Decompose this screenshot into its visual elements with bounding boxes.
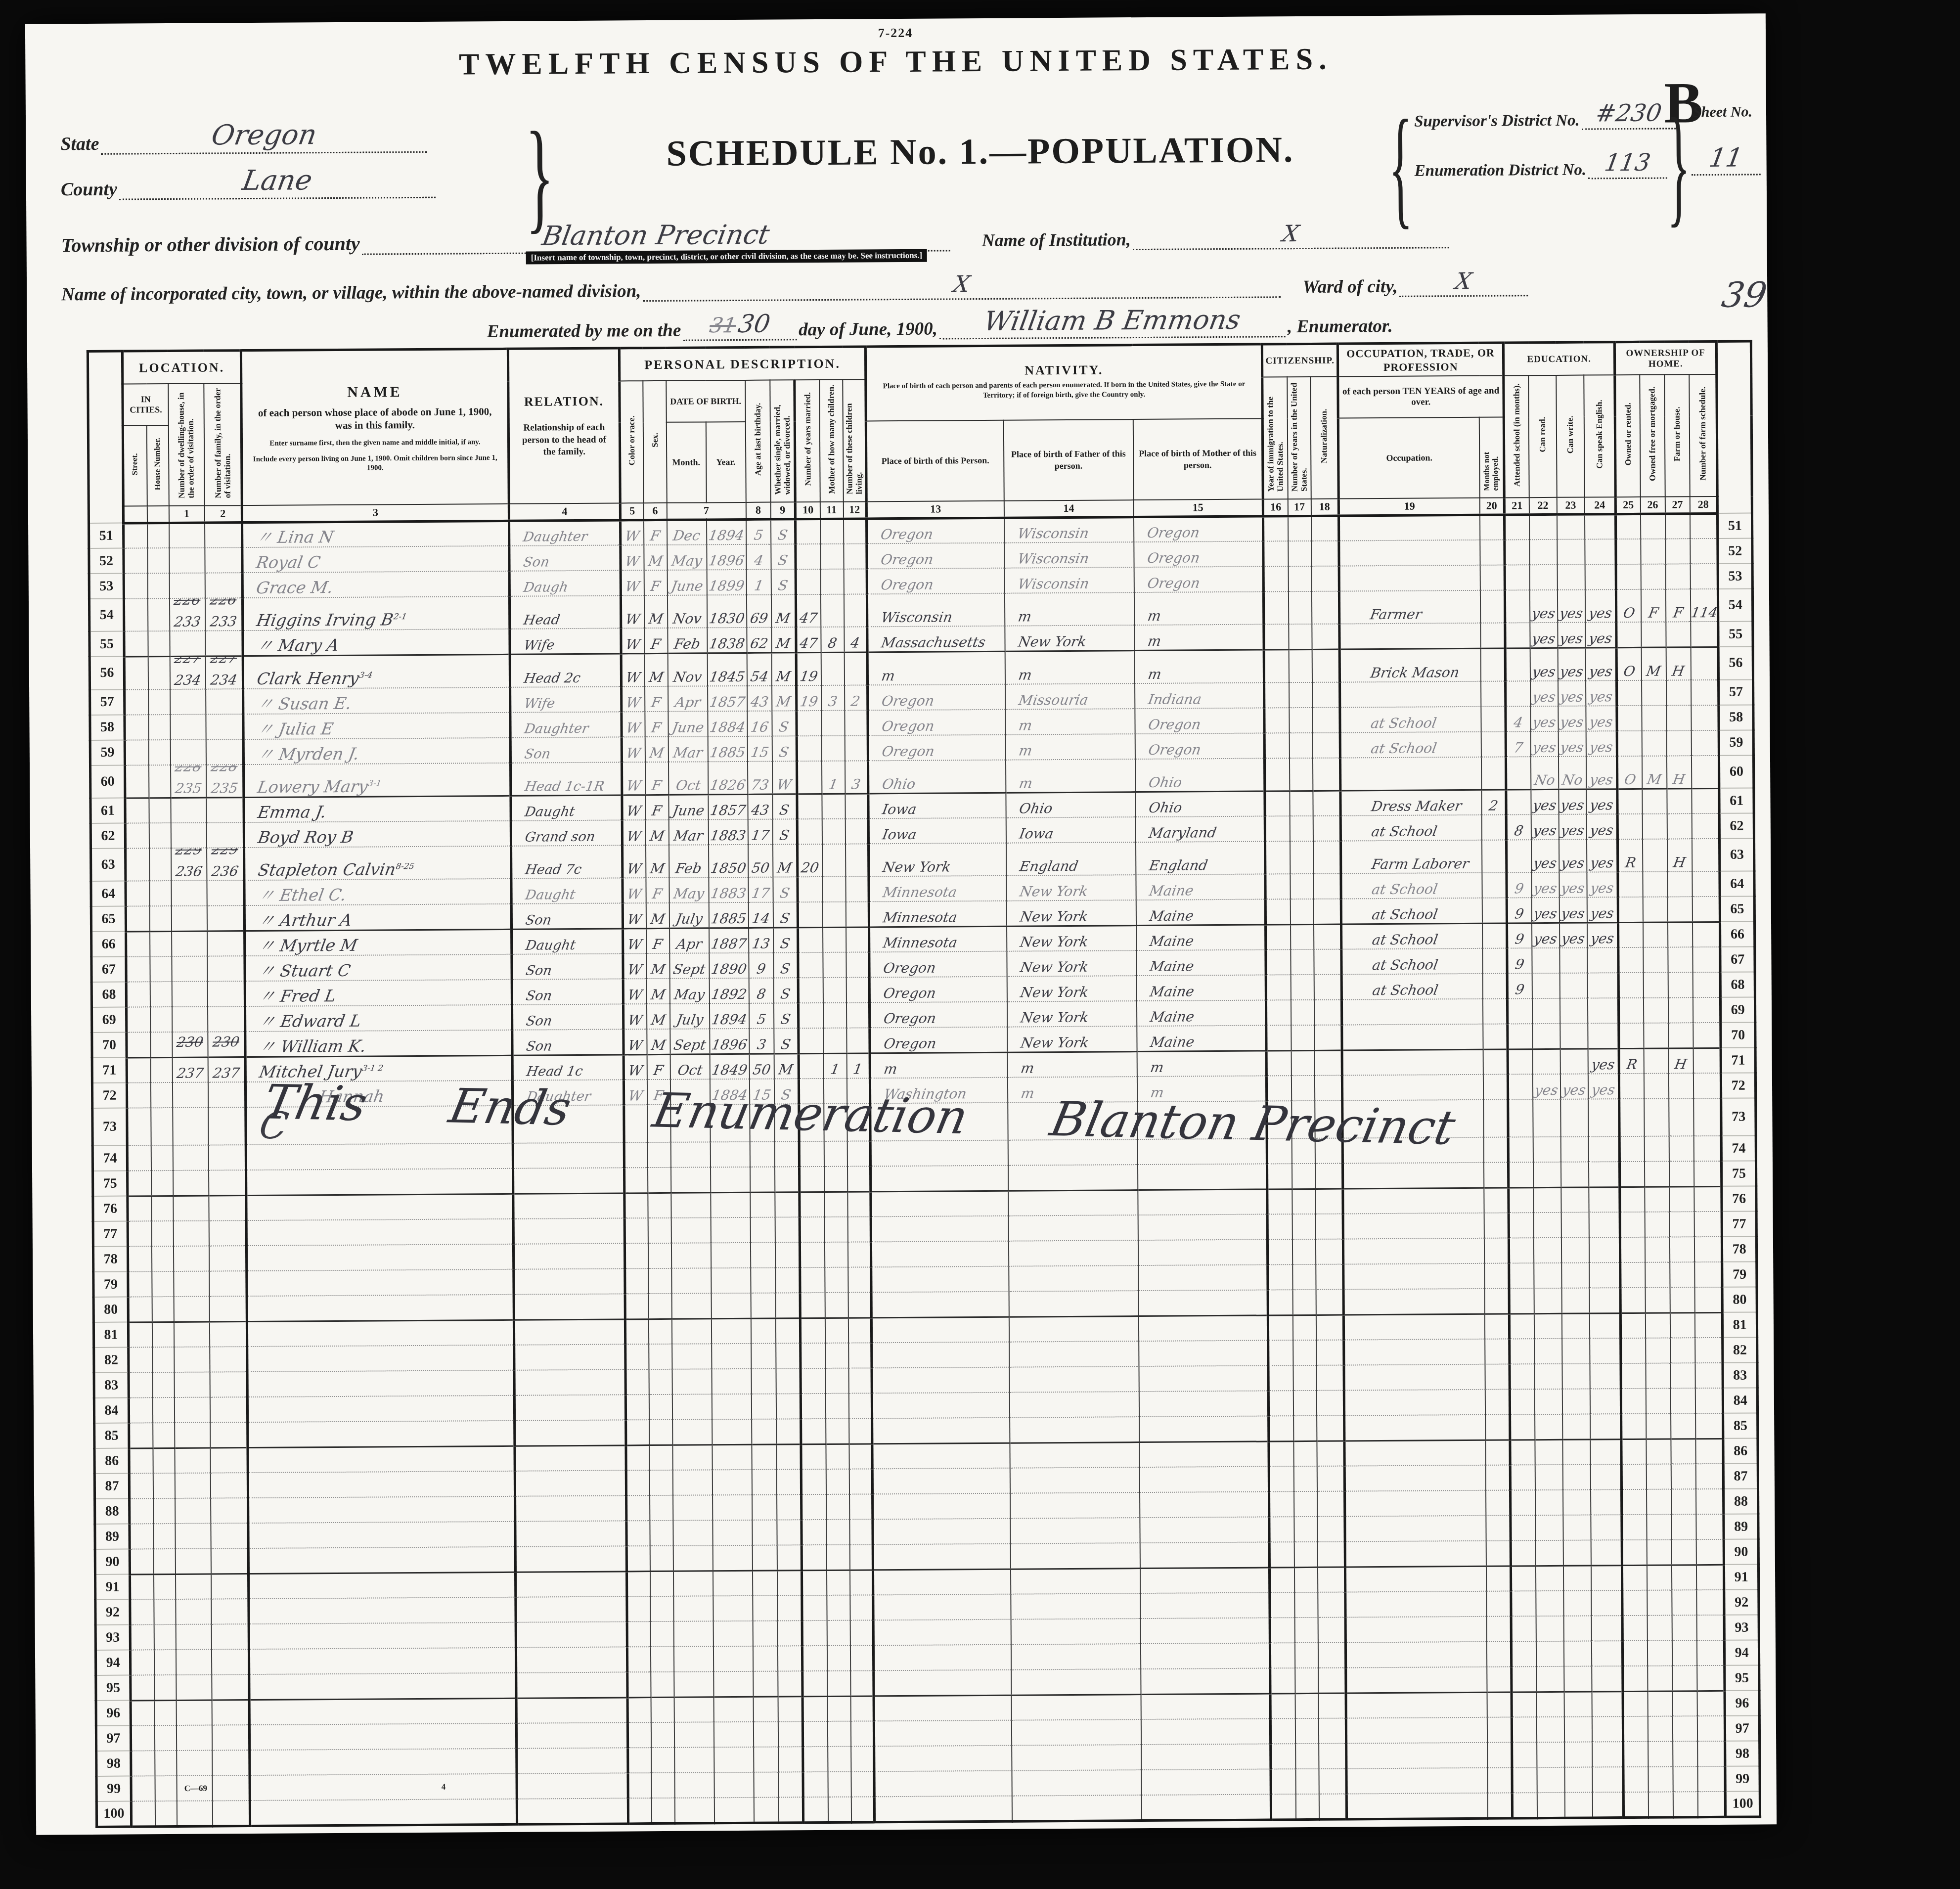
- cell-80-street: [128, 1297, 152, 1322]
- cell-98-imm: [1271, 1744, 1295, 1769]
- cell-58-b3: Oregon: [1135, 708, 1264, 734]
- cell-53-fs: [1690, 564, 1718, 589]
- cell-68-cl: [846, 977, 869, 1002]
- family-number-header: Number of family, in the order of visita…: [204, 383, 242, 505]
- cell-54-sp: yes: [1585, 589, 1616, 622]
- cell-55-rd: yes: [1530, 623, 1558, 648]
- cell-65-cl: [846, 901, 869, 927]
- cell-67-c: W: [623, 953, 646, 979]
- cell-88-b2: [1010, 1492, 1140, 1519]
- cell-60-yus: [1290, 758, 1313, 791]
- cell-100-b1: [874, 1796, 1012, 1822]
- cell-89-mne: [1486, 1515, 1511, 1540]
- column-number: 1: [169, 506, 204, 523]
- cell-58-fh: [1666, 705, 1691, 730]
- cell-60-fh: H: [1667, 756, 1692, 789]
- cell-87-house: [153, 1473, 175, 1498]
- cell-94-s: [650, 1647, 673, 1672]
- row-number: 53: [1718, 563, 1752, 588]
- cell-94-yr: [713, 1646, 753, 1671]
- cell-88-imm: [1269, 1491, 1294, 1517]
- row-number: 74: [1721, 1135, 1756, 1161]
- cell-90-yr: [713, 1545, 752, 1571]
- cell-88-mne: [1486, 1490, 1511, 1515]
- cell-72-s: F: [647, 1079, 670, 1105]
- row-number: 67: [1720, 946, 1755, 972]
- cell-59-fs: [1691, 730, 1719, 755]
- cell-100-occ: [1346, 1793, 1487, 1819]
- cell-88-c: [626, 1495, 650, 1521]
- cell-83-yr: [712, 1369, 751, 1394]
- cell-80-age: [751, 1293, 775, 1318]
- cell-51-mo: Dec: [667, 519, 707, 544]
- cell-99-mar: [778, 1772, 803, 1797]
- cell-74-rd: [1533, 1137, 1560, 1162]
- cell-94-own: [1623, 1641, 1648, 1666]
- cell-93-mar: [777, 1620, 802, 1646]
- cell-91-sch: [1511, 1566, 1536, 1591]
- cell-90-b2: [1010, 1543, 1140, 1569]
- cell-72-mo: [670, 1079, 710, 1104]
- cell-60-s: F: [645, 762, 668, 795]
- cell-55-yus: [1289, 624, 1312, 649]
- cell-64-fs: [1692, 871, 1720, 897]
- cell-64-house: [149, 881, 171, 906]
- cell-90-c: [626, 1546, 650, 1571]
- cell-88-mar: [777, 1494, 802, 1520]
- cell-75-sch: [1509, 1162, 1533, 1187]
- cell-98-s: [651, 1748, 674, 1773]
- cell-81-b3: [1138, 1315, 1268, 1341]
- cell-94-mar: [777, 1646, 802, 1671]
- column-number: 17: [1288, 499, 1311, 516]
- cell-92-house: [154, 1599, 176, 1624]
- cell-92-rd: [1536, 1591, 1563, 1616]
- cell-93-b2: [1011, 1619, 1140, 1645]
- cell-66-s: F: [646, 928, 669, 953]
- cell-72-name: Hannah: [245, 1080, 512, 1107]
- cell-63-street: [126, 848, 149, 881]
- cell-52-b3: Oregon: [1134, 541, 1263, 568]
- cell-57-fm: [1642, 680, 1666, 705]
- cell-51-fs: [1690, 513, 1718, 539]
- cell-88-street: [130, 1498, 153, 1524]
- years-married-header: Number of years married.: [795, 380, 820, 502]
- cell-93-yr: [713, 1621, 753, 1646]
- cell-85-fs: [1695, 1413, 1723, 1439]
- cell-67-cl: [846, 952, 869, 977]
- month-header: Month.: [666, 422, 706, 502]
- cell-95-mc: [827, 1671, 850, 1696]
- cell-87-imm: [1269, 1466, 1293, 1491]
- cell-53-fam: [205, 573, 242, 598]
- cell-54-street: [124, 598, 147, 631]
- cell-73-age: [750, 1104, 774, 1142]
- cell-92-c: [627, 1596, 650, 1621]
- cell-58-sp: yes: [1586, 706, 1617, 731]
- cell-99-rel: [517, 1773, 628, 1799]
- cell-57-b1: Oregon: [868, 684, 1005, 710]
- cell-64-nat: [1313, 874, 1341, 899]
- cell-90-fh: [1671, 1539, 1696, 1565]
- cell-58-c: W: [622, 712, 645, 737]
- cell-97-mo: [674, 1722, 713, 1747]
- cell-95-b1: [874, 1670, 1011, 1696]
- cell-54-occ: Farmer: [1339, 590, 1480, 624]
- cell-76-c: [624, 1193, 648, 1218]
- cell-74-mo: [670, 1142, 710, 1167]
- cell-69-sch: [1508, 998, 1532, 1024]
- cell-59-b1: Oregon: [868, 734, 1005, 761]
- cell-69-fam: [207, 1006, 245, 1032]
- cell-86-rel: [515, 1445, 626, 1471]
- cell-78-house: [151, 1246, 173, 1271]
- enumerated-mid: day of June, 1900,: [799, 319, 937, 340]
- cell-69-yr: 1894: [710, 1003, 749, 1029]
- cell-61-b1: Iowa: [868, 793, 1006, 819]
- cell-59-rd: yes: [1530, 731, 1558, 756]
- row-number: 73: [92, 1108, 127, 1146]
- cell-93-fm: [1647, 1616, 1672, 1641]
- cell-93-fam: [211, 1624, 249, 1649]
- cell-97-c: [627, 1722, 651, 1748]
- cell-72-mar: S: [774, 1079, 799, 1104]
- cell-63-yus: [1290, 841, 1313, 874]
- cell-59-c: W: [622, 737, 645, 762]
- cell-88-yr: [713, 1495, 752, 1520]
- cell-96-fam: [212, 1700, 249, 1725]
- cell-75-wr: [1561, 1162, 1589, 1187]
- cell-60-nat: [1313, 758, 1340, 791]
- cell-85-dw: [175, 1423, 210, 1448]
- row-number: 61: [1719, 788, 1754, 813]
- cell-77-sch: [1509, 1213, 1533, 1238]
- row-number: 91: [95, 1574, 130, 1600]
- cell-60-b3: Ohio: [1135, 758, 1265, 792]
- footer-print-number: 4: [442, 1782, 446, 1792]
- cell-60-mar: W: [772, 761, 797, 794]
- cell-61-ym: [797, 794, 822, 819]
- cell-62-c: W: [622, 820, 645, 845]
- cell-78-s: [648, 1243, 671, 1268]
- cell-92-mc: [827, 1595, 850, 1620]
- row-number: 52: [89, 548, 124, 574]
- cell-96-mc: [827, 1696, 850, 1721]
- cell-91-b2: [1011, 1568, 1140, 1594]
- cell-66-mo: Apr: [669, 928, 709, 953]
- cell-83-mne: [1485, 1364, 1510, 1389]
- cell-80-own: [1620, 1288, 1645, 1313]
- cell-51-yr: 1894: [707, 519, 746, 544]
- immigration-header: Year of immigration to the United States…: [1262, 377, 1288, 499]
- cell-94-dw: [176, 1650, 211, 1675]
- cell-80-rel: [514, 1294, 625, 1319]
- cell-64-name: 〃 Ethel C.: [244, 879, 511, 905]
- cell-69-fs: [1693, 997, 1721, 1023]
- cell-69-fh: [1668, 997, 1693, 1023]
- cell-70-street: [127, 1032, 150, 1057]
- cell-61-b2: Ohio: [1006, 792, 1135, 818]
- cell-73-b2: [1008, 1102, 1137, 1140]
- cell-96-age: [753, 1697, 778, 1722]
- cell-73-rel: [513, 1105, 624, 1143]
- cell-100-ym: [803, 1797, 828, 1822]
- can-write-header: Can write.: [1556, 375, 1585, 497]
- cell-75-b1: [871, 1166, 1008, 1192]
- cell-55-wr: yes: [1558, 623, 1585, 648]
- cell-88-s: [650, 1495, 673, 1521]
- cell-55-b3: m: [1134, 625, 1264, 651]
- cell-93-mo: [673, 1621, 713, 1646]
- row-number: 77: [1722, 1211, 1756, 1236]
- cell-86-mc: [826, 1444, 849, 1469]
- house-number-header: House Number.: [146, 425, 169, 506]
- cell-87-occ: [1344, 1465, 1485, 1491]
- cell-94-rd: [1536, 1641, 1564, 1666]
- cell-89-name: [248, 1522, 515, 1548]
- cell-88-rd: [1535, 1490, 1563, 1515]
- cell-61-sch: [1506, 789, 1531, 814]
- cell-96-imm: [1270, 1693, 1295, 1718]
- cell-98-occ: [1346, 1743, 1487, 1769]
- enumeration-line: Enumeration District No. 113: [1414, 152, 1667, 180]
- cell-57-yus: [1289, 682, 1312, 707]
- cell-69-house: [150, 1007, 172, 1032]
- cell-86-dw: [175, 1448, 210, 1473]
- state-line: State Oregon: [60, 121, 428, 155]
- enumerator-name: William B Emmons: [936, 304, 1288, 337]
- row-number: 58: [90, 715, 125, 740]
- cell-60-sp: yes: [1586, 756, 1617, 789]
- cell-73-ym: [799, 1104, 824, 1141]
- cell-89-wr: [1563, 1515, 1591, 1540]
- cell-92-yus: [1294, 1592, 1318, 1618]
- cell-77-mne: [1484, 1213, 1509, 1238]
- cell-96-yr: [713, 1697, 753, 1722]
- row-number: 89: [1724, 1514, 1758, 1539]
- cell-100-fh: [1673, 1792, 1697, 1817]
- cell-90-fm: [1647, 1540, 1671, 1565]
- row-number: 57: [1719, 679, 1753, 705]
- cell-84-ym: [801, 1394, 825, 1419]
- cell-90-cl: [849, 1544, 873, 1570]
- cell-97-mc: [827, 1721, 850, 1747]
- cell-85-mar: [776, 1419, 801, 1444]
- cell-98-cl: [851, 1746, 874, 1771]
- cell-92-b2: [1011, 1593, 1140, 1619]
- cell-63-nat: [1313, 841, 1341, 874]
- cell-89-mo: [673, 1520, 713, 1545]
- cell-64-mc: [822, 877, 846, 902]
- cell-87-fam: [210, 1473, 248, 1498]
- cell-70-imm: [1266, 1025, 1291, 1050]
- cell-90-mo: [673, 1545, 713, 1571]
- cell-74-age: [750, 1142, 774, 1167]
- cell-75-s: [648, 1168, 671, 1193]
- cell-51-mar: S: [771, 519, 796, 544]
- cell-68-rd: [1532, 973, 1559, 998]
- cell-63-fam: 229236: [207, 848, 244, 880]
- cell-98-house: [155, 1751, 177, 1776]
- cell-82-own: [1621, 1338, 1646, 1363]
- cell-74-mar: [774, 1141, 799, 1167]
- cell-65-wr: yes: [1559, 898, 1587, 923]
- cell-78-street: [128, 1246, 151, 1271]
- cell-90-wr: [1563, 1540, 1591, 1566]
- cell-93-name: [249, 1622, 516, 1649]
- cell-68-age: 8: [749, 978, 773, 1003]
- cell-65-dw: [171, 906, 207, 931]
- cell-52-age: 4: [746, 544, 771, 570]
- column-number: 4: [509, 503, 620, 520]
- cell-91-imm: [1270, 1567, 1294, 1592]
- cell-97-fam: [212, 1725, 249, 1750]
- cell-60-fs: [1692, 755, 1719, 788]
- cell-59-street: [125, 740, 148, 765]
- cell-84-cl: [848, 1393, 872, 1418]
- cell-68-sch: 9: [1507, 973, 1532, 998]
- in-cities-header: IN CITIES.: [123, 384, 169, 426]
- cell-58-nat: [1312, 707, 1340, 732]
- cell-80-mne: [1484, 1288, 1509, 1313]
- row-number: 64: [1720, 871, 1754, 896]
- cell-71-rd: [1532, 1049, 1560, 1074]
- cell-72-nat: [1315, 1076, 1342, 1101]
- row-number: 76: [93, 1196, 128, 1221]
- row-number: 72: [92, 1083, 127, 1108]
- cell-62-street: [125, 823, 149, 848]
- cell-51-cl: [844, 518, 867, 543]
- cell-59-fm: [1642, 730, 1666, 756]
- row-number: 91: [1724, 1564, 1759, 1589]
- sheet-label: Sheet No.: [1693, 103, 1762, 121]
- cell-57-cl: 2: [845, 685, 868, 710]
- cell-90-dw: [175, 1549, 211, 1574]
- cell-53-b2: Wisconsin: [1004, 567, 1134, 593]
- row-number: 97: [96, 1726, 131, 1751]
- group-ownership: OWNERSHIP OF HOME.: [1615, 341, 1717, 375]
- cell-83-nat: [1316, 1365, 1344, 1391]
- cell-67-nat: [1314, 949, 1341, 975]
- row-number: 95: [1725, 1665, 1759, 1690]
- cell-63-b3: England: [1136, 841, 1265, 875]
- cell-73-fs: [1693, 1098, 1722, 1136]
- cell-51-fam: [205, 522, 242, 547]
- cell-61-wr: yes: [1559, 789, 1586, 814]
- cell-86-nat: [1317, 1441, 1344, 1466]
- county-field: Lane: [119, 166, 436, 200]
- cell-92-rel: [516, 1596, 627, 1622]
- cell-94-fm: [1648, 1641, 1672, 1666]
- cell-82-rel: [514, 1344, 625, 1370]
- cell-88-mo: [673, 1495, 713, 1520]
- name-note2: Include every person living on June 1, 1…: [248, 453, 502, 474]
- cell-63-sch: [1507, 840, 1531, 872]
- cell-55-fam: [205, 630, 243, 656]
- state-label: State: [60, 134, 99, 154]
- cell-95-yr: [713, 1671, 753, 1697]
- cell-90-b1: [873, 1544, 1010, 1570]
- cell-58-fam: [206, 714, 243, 739]
- cell-63-wr: yes: [1559, 840, 1587, 872]
- cell-69-b2: New York: [1007, 1001, 1137, 1027]
- cell-65-b2: New York: [1006, 900, 1136, 926]
- cell-57-rd: yes: [1530, 680, 1558, 706]
- cell-82-ym: [801, 1343, 825, 1368]
- cell-65-age: 14: [748, 902, 773, 928]
- cell-100-mne: [1487, 1793, 1512, 1818]
- cell-94-yus: [1295, 1643, 1318, 1668]
- cell-64-rel: Daught: [511, 878, 623, 903]
- cell-78-own: [1620, 1237, 1645, 1262]
- cell-51-name: 〃 Lina N: [242, 521, 509, 547]
- cell-51-yus: [1288, 516, 1311, 541]
- cell-98-rel: [517, 1748, 628, 1773]
- cell-89-s: [650, 1521, 673, 1546]
- row-number: 100: [96, 1801, 131, 1827]
- cell-67-ym: [798, 952, 823, 978]
- cell-66-fs: [1693, 922, 1720, 947]
- cell-93-b1: [873, 1619, 1011, 1646]
- cell-57-street: [125, 689, 148, 715]
- cell-92-sch: [1511, 1591, 1536, 1616]
- cell-86-yr: [712, 1444, 752, 1470]
- cell-54-s: M: [644, 595, 667, 628]
- cell-82-dw: [174, 1347, 210, 1372]
- cell-73-imm: [1267, 1101, 1292, 1138]
- cell-67-sch: 9: [1507, 948, 1532, 973]
- cell-72-rel: Daughter: [512, 1079, 624, 1105]
- cell-71-mc: 1: [823, 1053, 846, 1079]
- cell-70-yus: [1291, 1025, 1314, 1050]
- column-number: 21: [1504, 497, 1529, 514]
- cell-93-nat: [1318, 1618, 1345, 1643]
- cell-57-c: W: [622, 686, 645, 712]
- row-number: 92: [1724, 1589, 1759, 1615]
- cell-83-s: [649, 1369, 672, 1394]
- cell-77-wr: [1561, 1213, 1589, 1238]
- cell-91-dw: [175, 1574, 211, 1599]
- cell-75-rel: [513, 1168, 624, 1193]
- cell-92-fs: [1696, 1590, 1724, 1615]
- cell-60-mne: [1481, 757, 1506, 790]
- cell-72-house: [150, 1082, 172, 1108]
- cell-86-occ: [1344, 1440, 1485, 1466]
- cell-98-b2: [1012, 1745, 1141, 1771]
- cell-78-fh: [1670, 1237, 1694, 1262]
- cell-56-imm: [1264, 649, 1289, 682]
- row-number: 93: [95, 1625, 130, 1650]
- cell-69-mne: [1483, 999, 1508, 1024]
- cell-95-mne: [1487, 1666, 1512, 1692]
- cell-94-fam: [211, 1649, 249, 1674]
- cell-61-mne: 2: [1481, 790, 1506, 815]
- cell-92-b3: [1140, 1592, 1270, 1619]
- cell-89-fam: [211, 1523, 248, 1548]
- cell-90-street: [130, 1549, 153, 1574]
- cell-97-dw: [176, 1725, 212, 1751]
- cell-100-yus: [1295, 1794, 1319, 1819]
- cell-98-fm: [1648, 1741, 1673, 1766]
- cell-72-street: [127, 1082, 150, 1108]
- cell-51-c: W: [621, 520, 644, 545]
- cell-68-b3: Maine: [1136, 975, 1266, 1001]
- cell-84-mc: [825, 1394, 848, 1419]
- column-number: 10: [795, 502, 820, 519]
- cell-69-mar: S: [774, 1003, 799, 1028]
- cell-67-house: [150, 956, 172, 982]
- cell-54-sch: [1505, 590, 1530, 623]
